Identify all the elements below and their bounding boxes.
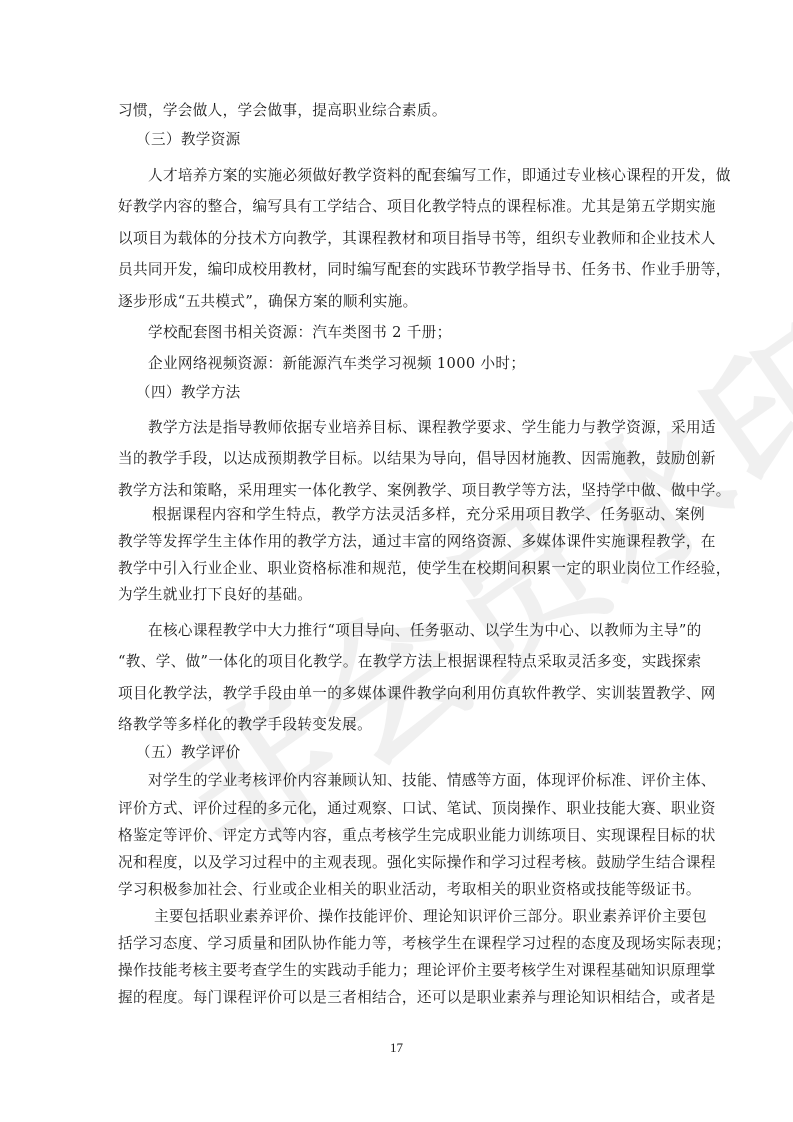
paragraph-line: 况和程度，以及学习过程中的主观表现。强化实际操作和学习过程考核。鼓励学生结合课程 <box>118 853 678 873</box>
paragraph-line: 教学中引入行业企业、职业资格标准和规范，使学生在校期间积累一定的职业岗位工作经验… <box>118 559 678 579</box>
paragraph-line: 对学生的学业考核评价内容兼顾认知、技能、情感等方面，体现评价标准、评价主体、 <box>148 771 678 791</box>
paragraph-line: 员共同开发，编印成校用教材，同时编写配套的实践环节教学指导书、任务书、作业手册等… <box>118 260 678 280</box>
paragraph-line: 当的教学手段，以达成预期教学目标。以结果为导向，倡导因材施教、因需施教，鼓励创新 <box>118 449 678 469</box>
paragraph-line: 习惯，学会做人，学会做事，提高职业综合素质。 <box>118 101 678 121</box>
paragraph-line: 项目化教学法，教学手段由单一的多媒体课件教学向利用仿真软件教学、实训装置教学、网 <box>118 684 678 704</box>
paragraph-line: 教学方法是指导教师依据专业培养目标、课程教学要求、学生能力与教学资源，采用适 <box>148 418 678 438</box>
paragraph-line: 格鉴定等评价、评定方式等内容，重点考核学生完成职业能力训练项目、实现课程目标的状 <box>118 826 678 846</box>
paragraph-line: 主要包括职业素养评价、操作技能评价、理论知识评价三部分。职业素养评价主要包 <box>154 907 678 927</box>
paragraph-line: 企业网络视频资源：新能源汽车类学习视频 1000 小时； <box>148 354 678 374</box>
paragraph-line: 络教学等多样化的教学手段转变发展。 <box>118 715 678 735</box>
paragraph-line: “教、学、做”一体化的项目化教学。在教学方法上根据课程特点采取灵活多变，实践探索 <box>118 652 678 672</box>
paragraph-line: 好教学内容的整合，编写具有工学结合、项目化教学特点的课程标准。尤其是第五学期实施 <box>118 197 678 217</box>
paragraph-line: 教学等发挥学生主体作用的教学方法，通过丰富的网络资源、多媒体课件实施课程教学，在 <box>118 532 678 552</box>
paragraph-line: 在核心课程教学中大力推行“项目导向、任务驱动、以学生为中心、以教师为主导”的 <box>148 621 678 641</box>
section-heading-resources: （三）教学资源 <box>136 130 696 150</box>
paragraph-line: 人才培养方案的实施必须做好教学资料的配套编写工作，即通过专业核心课程的开发，做 <box>148 166 678 186</box>
paragraph-line: 学校配套图书相关资源：汽车类图书 2 千册； <box>148 323 678 343</box>
paragraph-line: 握的程度。每门课程评价可以是三者相结合，还可以是职业素养与理论知识相结合，或者是 <box>118 988 678 1008</box>
paragraph-line: 评价方式、评价过程的多元化，通过观察、口试、笔试、顶岗操作、职业技能大赛、职业资 <box>118 799 678 819</box>
paragraph-line: 学习积极参加社会、行业或企业相关的职业活动，考取相关的职业资格或技能等级证书。 <box>118 880 678 900</box>
paragraph-line: 操作技能考核主要考查学生的实践动手能力；理论评价主要考核学生对课程基础知识原理掌 <box>118 961 678 981</box>
paragraph-line: 以项目为载体的分技术方向教学，其课程教材和项目指导书等，组织专业教师和企业技术人 <box>118 229 678 249</box>
paragraph-line: 逐步形成“五共模式”，确保方案的顺利实施。 <box>118 292 678 312</box>
paragraph-line: 教学方法和策略，采用理实一体化教学、案例教学、项目教学等方法，坚持学中做、做中学… <box>118 481 678 501</box>
paragraph-line: 根据课程内容和学生特点，教学方法灵活多样，充分采用项目教学、任务驱动、案例 <box>152 505 678 525</box>
paragraph-line: 为学生就业打下良好的基础。 <box>118 585 678 605</box>
document-page: 非会员水印 习惯，学会做人，学会做事，提高职业综合素质。 （三）教学资源 人才培… <box>0 0 793 1122</box>
paragraph-line: 括学习态度、学习质量和团队协作能力等，考核学生在课程学习过程的态度及现场实际表现… <box>118 934 678 954</box>
section-heading-methods: （四）教学方法 <box>136 383 696 403</box>
page-number: 17 <box>0 1040 793 1056</box>
section-heading-evaluation: （五）教学评价 <box>136 743 696 763</box>
